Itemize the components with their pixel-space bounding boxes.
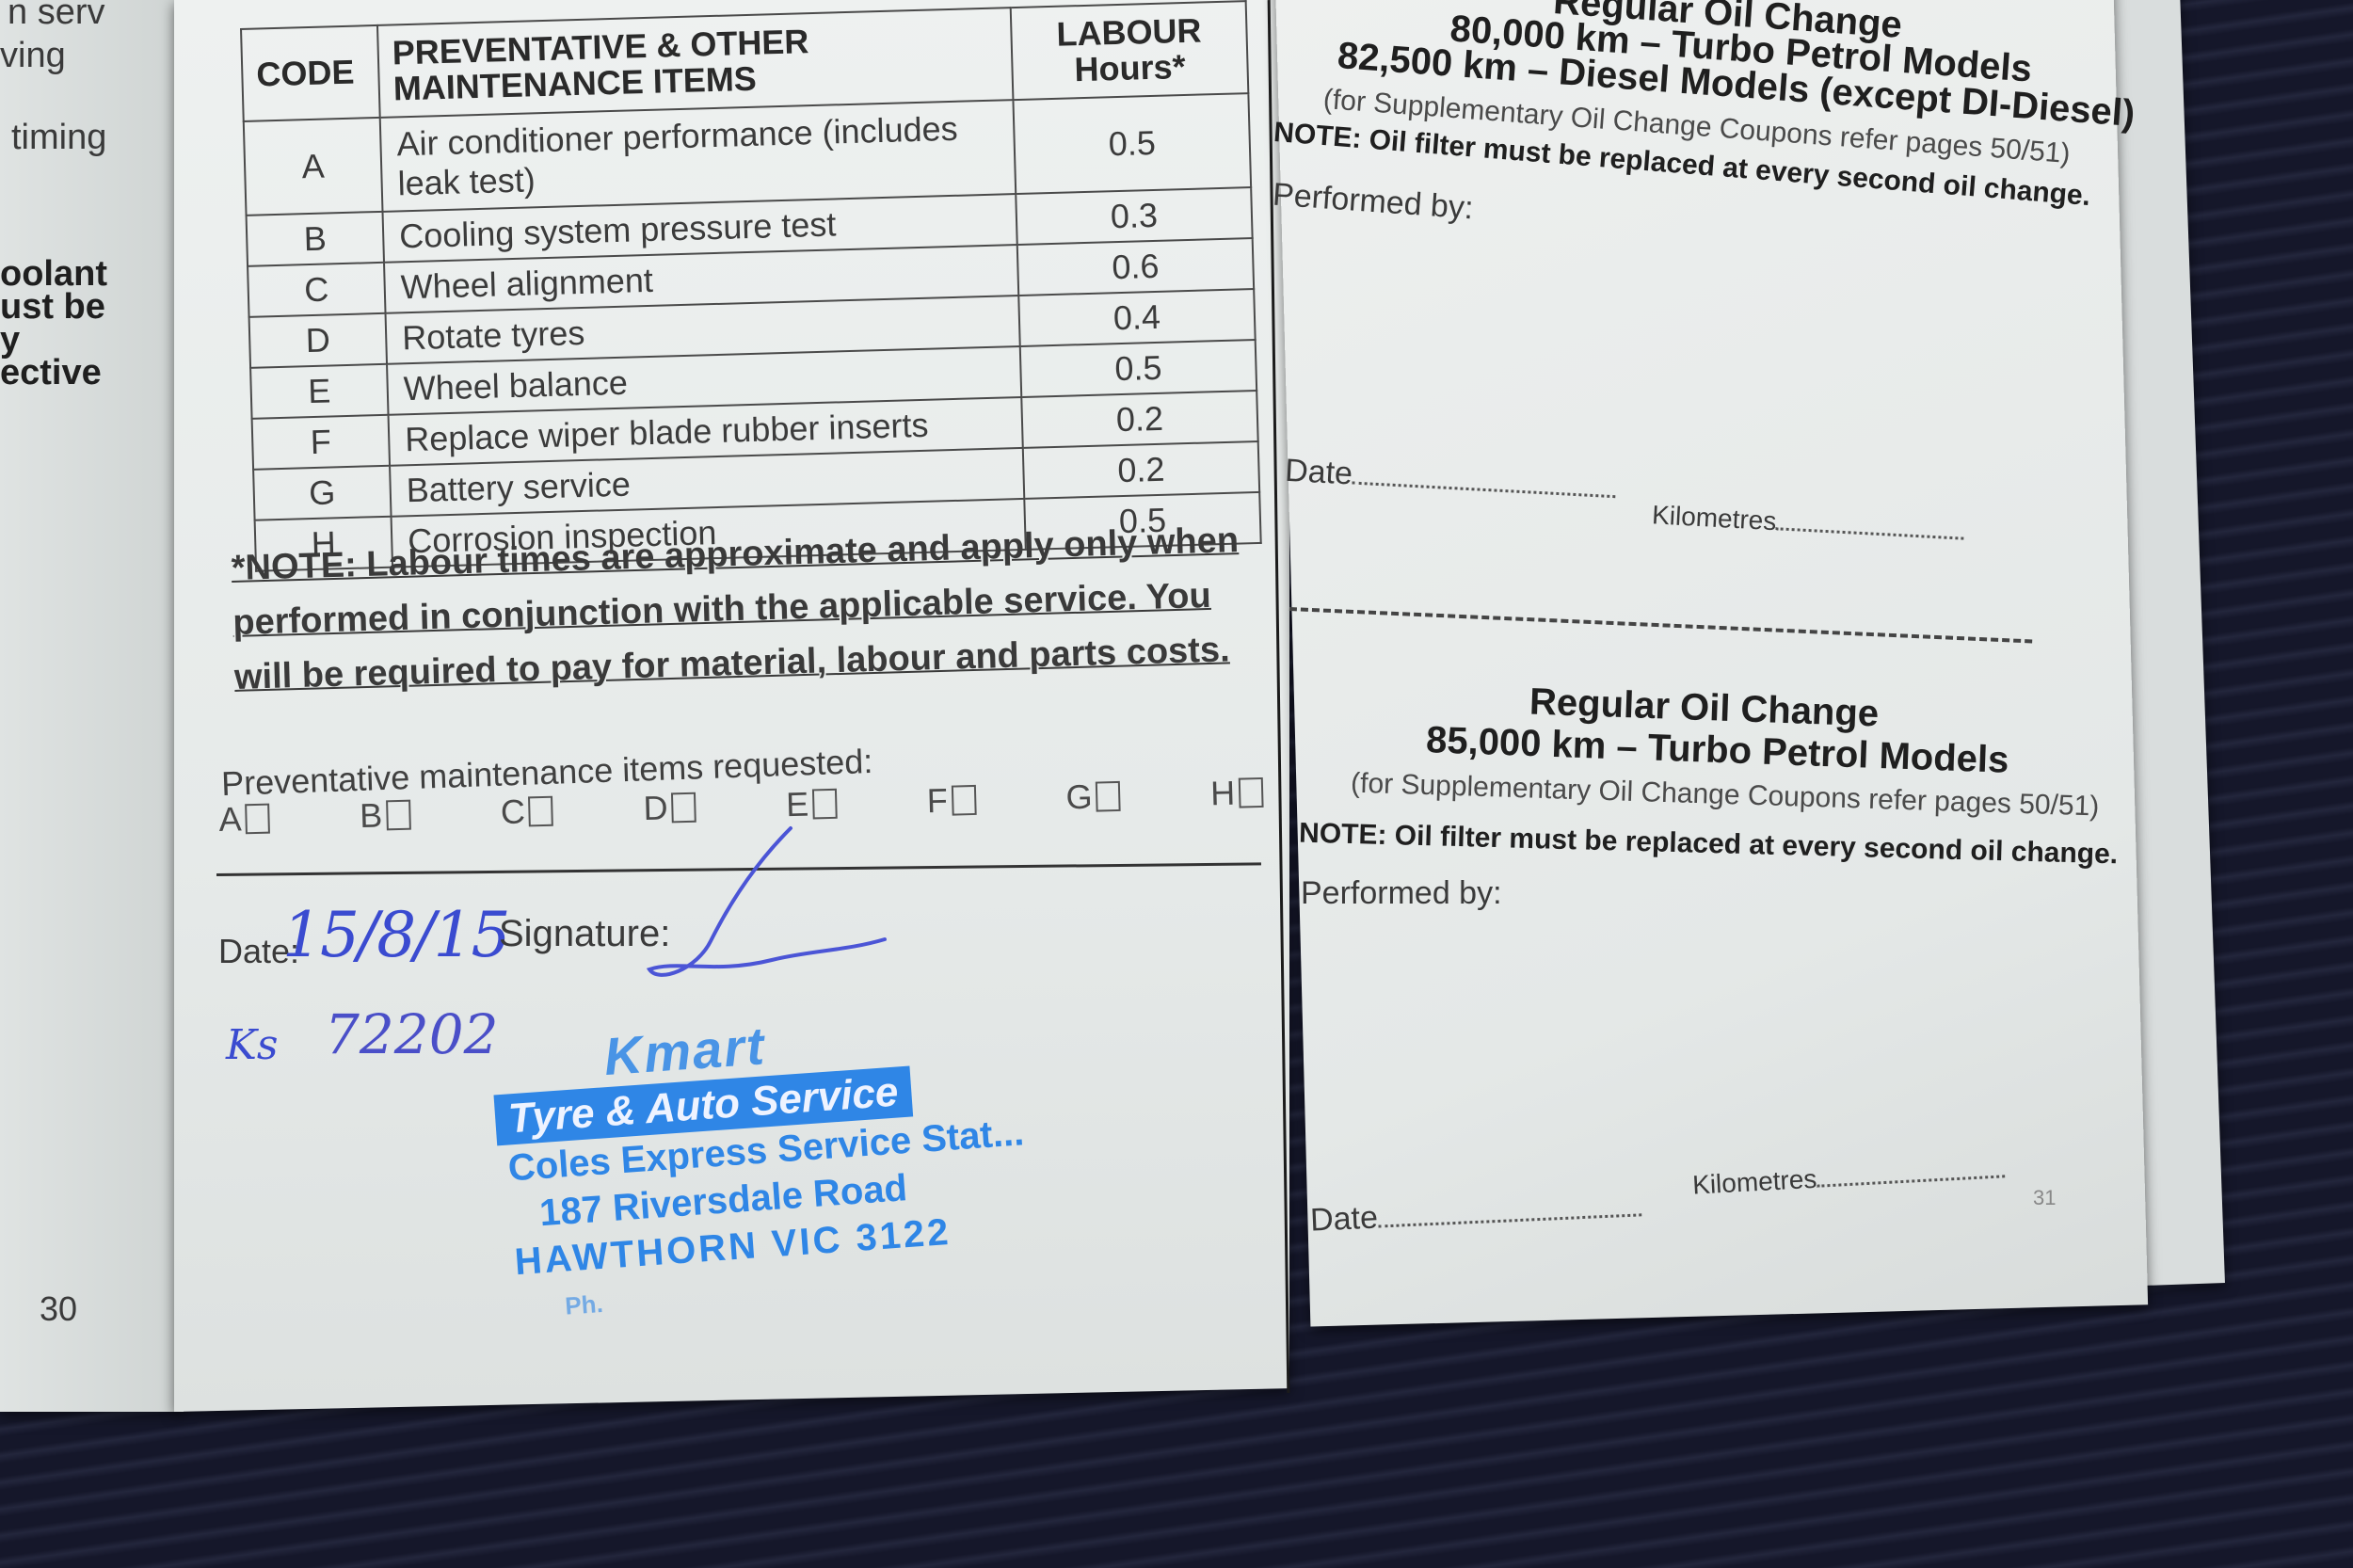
- row-hours: 0.3: [1016, 187, 1252, 245]
- checkbox[interactable]: [1239, 777, 1264, 808]
- header-items: PREVENTATIVE & OTHER MAINTENANCE ITEMS: [377, 8, 1013, 117]
- row-hours: 0.5: [1020, 340, 1257, 397]
- service-stamp: Kmart Tyre & Auto Service Coles Express …: [471, 998, 1035, 1336]
- row-hours: 0.2: [1021, 391, 1257, 448]
- row-item: Air conditioner performance (includes le…: [380, 100, 1016, 212]
- checkbox[interactable]: [812, 789, 838, 820]
- checkbox[interactable]: [951, 785, 976, 816]
- checkbox-label: A: [218, 799, 242, 840]
- checkbox-label: C: [500, 792, 525, 832]
- date-handwritten[interactable]: 15/8/15: [282, 899, 508, 971]
- labour-note: *NOTE: Labour times are approximate and …: [231, 512, 1270, 705]
- checkbox-item-f[interactable]: F: [926, 780, 976, 821]
- checkbox[interactable]: [386, 800, 411, 831]
- kilometres-label: Kilometres: [1691, 1164, 1817, 1200]
- edge-text: timing: [11, 118, 106, 158]
- checkbox-item-g[interactable]: G: [1065, 776, 1121, 818]
- row-code: A: [244, 117, 383, 215]
- checkbox-label: G: [1065, 777, 1093, 818]
- checkbox-item-c[interactable]: C: [500, 792, 553, 832]
- header-labour-line1: LABOUR: [1025, 12, 1233, 54]
- kilometres-label-handwritten: Ks: [226, 1021, 278, 1069]
- signature-scribble-icon[interactable]: [621, 819, 904, 988]
- checkbox[interactable]: [528, 796, 553, 827]
- checkbox-label: H: [1210, 774, 1236, 814]
- labour-note-text: *NOTE: Labour times are approximate and …: [231, 520, 1239, 697]
- row-hours: 0.4: [1018, 289, 1255, 346]
- kilometres-label: Kilometres: [1651, 500, 1777, 536]
- checkbox[interactable]: [245, 804, 270, 835]
- previous-page-edge: n serv ving timing oolant ust be y ectiv…: [0, 0, 184, 1412]
- maintenance-table: CODE PREVENTATIVE & OTHER MAINTENANCE IT…: [240, 0, 1262, 571]
- checkbox[interactable]: [1096, 781, 1121, 812]
- edge-text: n serv: [8, 0, 104, 33]
- checkbox-item-a[interactable]: A: [218, 799, 270, 840]
- date-label: Date: [1309, 1200, 1378, 1239]
- edge-text: ective: [0, 353, 102, 393]
- row-code: B: [247, 211, 384, 265]
- date-label: Date: [1284, 453, 1353, 492]
- row-code: E: [250, 363, 388, 418]
- checkbox-item-b[interactable]: B: [360, 795, 411, 836]
- row-code: F: [252, 414, 390, 469]
- row-code: C: [248, 262, 385, 316]
- page-number-left: 30: [40, 1289, 77, 1329]
- row-code: D: [249, 312, 387, 367]
- performed-by-label: Performed by:: [1301, 875, 1502, 912]
- edge-text: ving: [0, 36, 66, 76]
- row-hours: 0.2: [1023, 441, 1259, 499]
- page-number-right: 31: [2033, 1186, 2056, 1210]
- row-hours: 0.6: [1017, 238, 1254, 296]
- header-labour: LABOUR Hours*: [1011, 1, 1249, 100]
- header-code: CODE: [241, 25, 380, 121]
- checkbox-item-h[interactable]: H: [1210, 773, 1264, 813]
- checkbox-label: F: [926, 781, 948, 822]
- checkbox-label: B: [360, 795, 383, 836]
- header-labour-line2: Hours*: [1026, 47, 1234, 88]
- row-code: G: [253, 465, 391, 520]
- row-hours: 0.5: [1013, 93, 1251, 194]
